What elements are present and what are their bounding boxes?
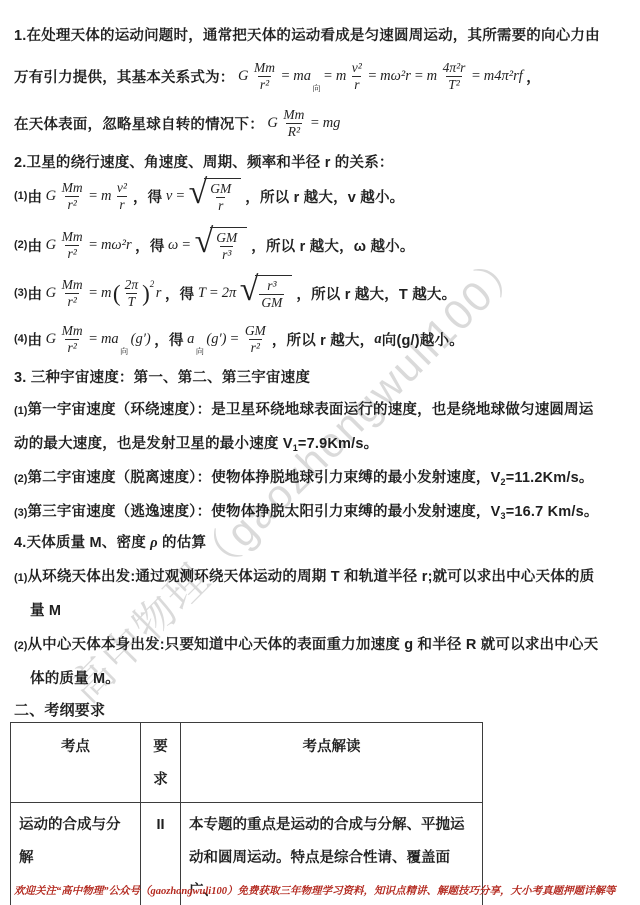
item-marker: (1) <box>14 190 27 202</box>
math-token: m <box>336 68 346 85</box>
line-text: ，得 <box>133 186 162 207</box>
rho-symbol: ρ <box>150 535 158 551</box>
denominator: T <box>126 293 138 310</box>
math-token: m <box>101 188 111 205</box>
right-paren: ) <box>142 282 150 305</box>
formula-basic-relation: G Mmr² = ma向 = m v²r = mω²r = m 4π²rT² =… <box>237 60 525 92</box>
denominator: r² <box>65 245 78 262</box>
line-text: 万有引力提供，其基本关系式为： <box>14 66 235 87</box>
fraction: 4π²rT² <box>441 60 468 92</box>
formula-accel-derivation: G Mmr² = ma向(g′) <box>44 323 152 355</box>
exam-requirements-table: 考点 要求 考点解读 运动的合成与分 解 II 本专题的重点是运动的合成与分解、… <box>10 722 483 905</box>
section-exam-requirements-title: 二、考纲要求 <box>14 699 105 720</box>
math-token: G <box>46 188 56 205</box>
numerator: GM <box>214 230 239 246</box>
equals-sign: = <box>88 331 98 348</box>
fraction: MmR² <box>281 107 306 139</box>
acceleration-row: (4) 由 G Mmr² = ma向(g′) ，得 a向(g′) = GMr² … <box>14 318 464 360</box>
formula-velocity-derivation: G Mmr² = m v²r <box>44 180 131 212</box>
math-token: m <box>427 68 437 85</box>
math-token: G <box>267 115 277 132</box>
line-text: 在天体表面，忽略星球自转的情况下： <box>14 113 264 134</box>
radicand: r³GM <box>255 275 292 310</box>
superscript: 2 <box>150 279 155 289</box>
math-token: ma <box>101 331 119 348</box>
line-text: 第三宇宙速度（逃逸速度）：使物体挣脱太阳引力束缚的最小发射速度，V <box>27 504 500 520</box>
denominator: r² <box>65 339 78 356</box>
angular-velocity-row: (2) 由 G Mmr² = mω²r ，得 ω = √GMr³ ，所以 r 越… <box>14 221 415 269</box>
equals-sign: = <box>175 188 185 205</box>
line-text: 4.天体质量 M、密度 <box>14 535 150 551</box>
line-text: 的估算 <box>158 535 206 551</box>
numerator: v² <box>115 180 129 196</box>
left-paren: ( <box>113 282 121 305</box>
equals-sign: = <box>280 68 290 85</box>
math-token: G <box>46 285 56 302</box>
fraction: r³GM <box>259 278 284 310</box>
radicand: GMr <box>204 178 241 213</box>
fraction: Mmr² <box>60 323 85 355</box>
equals-sign: = <box>310 115 320 132</box>
formula-accel-result: a向(g′) = GMr² <box>186 323 270 355</box>
line-text: =11.2Km/s。 <box>506 470 594 486</box>
math-token: ω <box>168 237 178 254</box>
denominator: r² <box>258 76 271 93</box>
line-text: 向(g/)越小。 <box>382 329 464 350</box>
math-token: m4π²rf <box>484 68 523 85</box>
mass-method-1-line-1: (1)从环绕天体出发:通过观测环绕天体运动的周期 T 和轨道半径 r;就可以求出… <box>14 565 594 586</box>
formula-period-result: T = 2π √r³GM <box>196 275 294 310</box>
denominator: T² <box>446 76 462 93</box>
math-token: T <box>198 285 206 302</box>
line-text: ，得 <box>165 283 194 304</box>
numerator: GM <box>243 323 268 339</box>
paragraph-1-line-1: 1.在处理天体的运动问题时，通常把天体的运动看成是匀速圆周运动，其所需要的向心力… <box>14 24 600 45</box>
fraction: Mmr² <box>60 229 85 261</box>
equals-sign: = <box>367 68 377 85</box>
math-token: 2π <box>222 285 237 302</box>
math-token: (g′) <box>206 331 226 348</box>
item-marker: (3) <box>14 507 27 519</box>
satellite-velocity-row: (1) 由 G Mmr² = m v²r ，得 v = √GMr ，所以 r 越… <box>14 172 404 220</box>
line-text: 由 <box>27 235 42 256</box>
surface-gravity-row: 在天体表面，忽略星球自转的情况下： G MmR² = mg <box>14 103 344 143</box>
promo-footer: 欢迎关注“高中物理”公众号（gaozhongwuli100）免费获取三年物理学习… <box>14 883 615 898</box>
item-marker: (1) <box>14 405 27 417</box>
header-kaodian: 考点 <box>11 723 141 803</box>
cell-line: 本专题的重点是运动的合成与分解、平抛运 <box>189 809 474 842</box>
equals-sign: = <box>88 285 98 302</box>
numerator: Mm <box>60 323 85 339</box>
section-4-title: 4.天体质量 M、密度 ρ 的估算 <box>14 531 206 552</box>
fraction: GMr³ <box>214 230 239 262</box>
numerator: 2π <box>123 277 141 293</box>
item-marker: (2) <box>14 473 27 485</box>
math-token: a <box>187 331 194 348</box>
numerator: Mm <box>60 229 85 245</box>
denominator: r² <box>65 196 78 213</box>
comma: ， <box>526 66 541 87</box>
mass-method-2-line-1: (2)从中心天体本身出发:只要知道中心天体的表面重力加速度 g 和半径 R 就可… <box>14 633 598 654</box>
header-yaoqiu: 要求 <box>141 723 181 803</box>
math-token: G <box>46 331 56 348</box>
formula-omega-derivation: G Mmr² = mω²r <box>44 229 133 261</box>
line-text: 由 <box>27 329 42 350</box>
math-token: ma <box>293 68 311 85</box>
line-text: 第一宇宙速度（环绕速度）：是卫星环绕地球表面运行的速度，也是绕地球做匀速圆周运 <box>27 402 593 418</box>
square-root: √GMr <box>189 178 242 213</box>
third-cosmic-velocity-line: (3)第三宇宙速度（逃逸速度）：使物体挣脱太阳引力束缚的最小发射速度，V3=16… <box>14 500 599 521</box>
first-cosmic-velocity-line-1: (1)第一宇宙速度（环绕速度）：是卫星环绕地球表面运行的速度，也是绕地球做匀速圆… <box>14 398 594 419</box>
second-cosmic-velocity-line: (2)第二宇宙速度（脱离速度）：使物体挣脱地球引力束缚的最小发射速度，V2=11… <box>14 466 594 487</box>
denominator: R² <box>286 123 302 140</box>
line-text: ，所以 r 越大，v 越小。 <box>245 186 404 207</box>
math-token: v <box>166 188 172 205</box>
equals-sign: = <box>471 68 481 85</box>
line-text: ，得 <box>154 329 183 350</box>
numerator: Mm <box>60 277 85 293</box>
basic-relation-row: 万有引力提供，其基本关系式为： G Mmr² = ma向 = m v²r = m… <box>14 53 541 99</box>
line-text: ，得 <box>135 235 164 256</box>
header-jiedu: 考点解读 <box>181 723 483 803</box>
line-text: ，所以 r 越大，ω 越小。 <box>251 235 414 256</box>
numerator: Mm <box>281 107 306 123</box>
cell-line: 解 <box>19 842 132 875</box>
numerator: r³ <box>265 278 278 294</box>
first-cosmic-velocity-line-2: 动的最大速度，也是发射卫星的最小速度 V1=7.9Km/s。 <box>14 432 378 453</box>
item-marker: (1) <box>14 572 27 584</box>
section-3-title: 3. 三种宇宙速度：第一、第二、第三宇宙速度 <box>14 366 310 387</box>
math-token: m <box>101 285 111 302</box>
numerator: v² <box>350 60 364 76</box>
radicand: GMr³ <box>210 227 247 262</box>
formula-velocity-result: v = √GMr <box>164 178 243 213</box>
formula-surface-gravity: G MmR² = mg <box>266 107 342 139</box>
item-marker: (3) <box>14 287 27 299</box>
equals-sign: = <box>88 188 98 205</box>
denominator: r <box>352 76 361 93</box>
denominator: GM <box>259 294 284 311</box>
item-marker: (4) <box>14 333 27 345</box>
fraction: Mmr² <box>252 60 277 92</box>
equals-sign: = <box>230 331 240 348</box>
equals-sign: = <box>181 237 191 254</box>
line-text: 从环绕天体出发:通过观测环绕天体运动的周期 T 和轨道半径 r;就可以求出中心天… <box>27 569 594 585</box>
subscript: 向 <box>313 83 321 94</box>
equals-sign: = <box>209 285 219 302</box>
mass-method-1-line-2: 量 M <box>30 599 61 620</box>
line-text: ，所以 r 越大， <box>272 329 375 350</box>
fraction: Mmr² <box>60 180 85 212</box>
line-text: =7.9Km/s。 <box>298 436 378 452</box>
numerator: GM <box>208 181 233 197</box>
denominator: r <box>216 197 225 214</box>
fraction: GMr² <box>243 323 268 355</box>
math-token: (g′) <box>131 331 151 348</box>
math-token: G <box>46 237 56 254</box>
line-text: =16.7 Km/s。 <box>506 504 599 520</box>
numerator: Mm <box>60 180 85 196</box>
fraction: v²r <box>350 60 364 92</box>
fraction: Mmr² <box>60 277 85 309</box>
item-marker: (2) <box>14 239 27 251</box>
item-marker: (2) <box>14 640 27 652</box>
fraction: v²r <box>115 180 129 212</box>
formula-omega-result: ω = √GMr³ <box>167 227 250 262</box>
denominator: r <box>117 196 126 213</box>
equals-sign: = <box>323 68 333 85</box>
math-token: mg <box>323 115 341 132</box>
math-token: G <box>238 68 248 85</box>
fraction: GMr <box>208 181 233 213</box>
formula-period-derivation: G Mmr² = m ( 2πT ) 2 r <box>44 277 163 309</box>
math-token: a <box>374 331 381 348</box>
numerator: Mm <box>252 60 277 76</box>
square-root: √GMr³ <box>195 227 248 262</box>
fraction: 2πT <box>123 277 141 309</box>
section-2-title: 2.卫星的绕行速度、角速度、周期、频率和半径 r 的关系： <box>14 151 394 172</box>
equals-sign: = <box>88 237 98 254</box>
math-token: mω²r <box>380 68 411 85</box>
line-text: 由 <box>27 283 42 304</box>
period-row: (3) 由 G Mmr² = m ( 2πT ) 2 r ，得 T = 2π √… <box>14 269 456 317</box>
line-text: 从中心天体本身出发:只要知道中心天体的表面重力加速度 g 和半径 R 就可以求出… <box>27 637 598 653</box>
equals-sign: = <box>414 68 424 85</box>
line-text: 第二宇宙速度（脱离速度）：使物体挣脱地球引力束缚的最小发射速度，V <box>27 470 500 486</box>
line-text: ，所以 r 越大，T 越大。 <box>296 283 456 304</box>
line-text: 动的最大速度，也是发射卫星的最小速度 V <box>14 436 293 452</box>
mass-method-2-line-2: 体的质量 M。 <box>30 667 120 688</box>
line-text: 由 <box>27 186 42 207</box>
math-token: r <box>156 285 162 302</box>
table-header-row: 考点 要求 考点解读 <box>11 723 483 803</box>
numerator: 4π²r <box>441 60 468 76</box>
denominator: r² <box>65 293 78 310</box>
subscript: 向 <box>196 346 204 357</box>
denominator: r² <box>249 339 262 356</box>
square-root: √r³GM <box>240 275 293 310</box>
subscript: 向 <box>120 346 128 357</box>
math-token: mω²r <box>101 237 132 254</box>
cell-line: 运动的合成与分 <box>19 809 132 842</box>
denominator: r³ <box>220 246 233 263</box>
